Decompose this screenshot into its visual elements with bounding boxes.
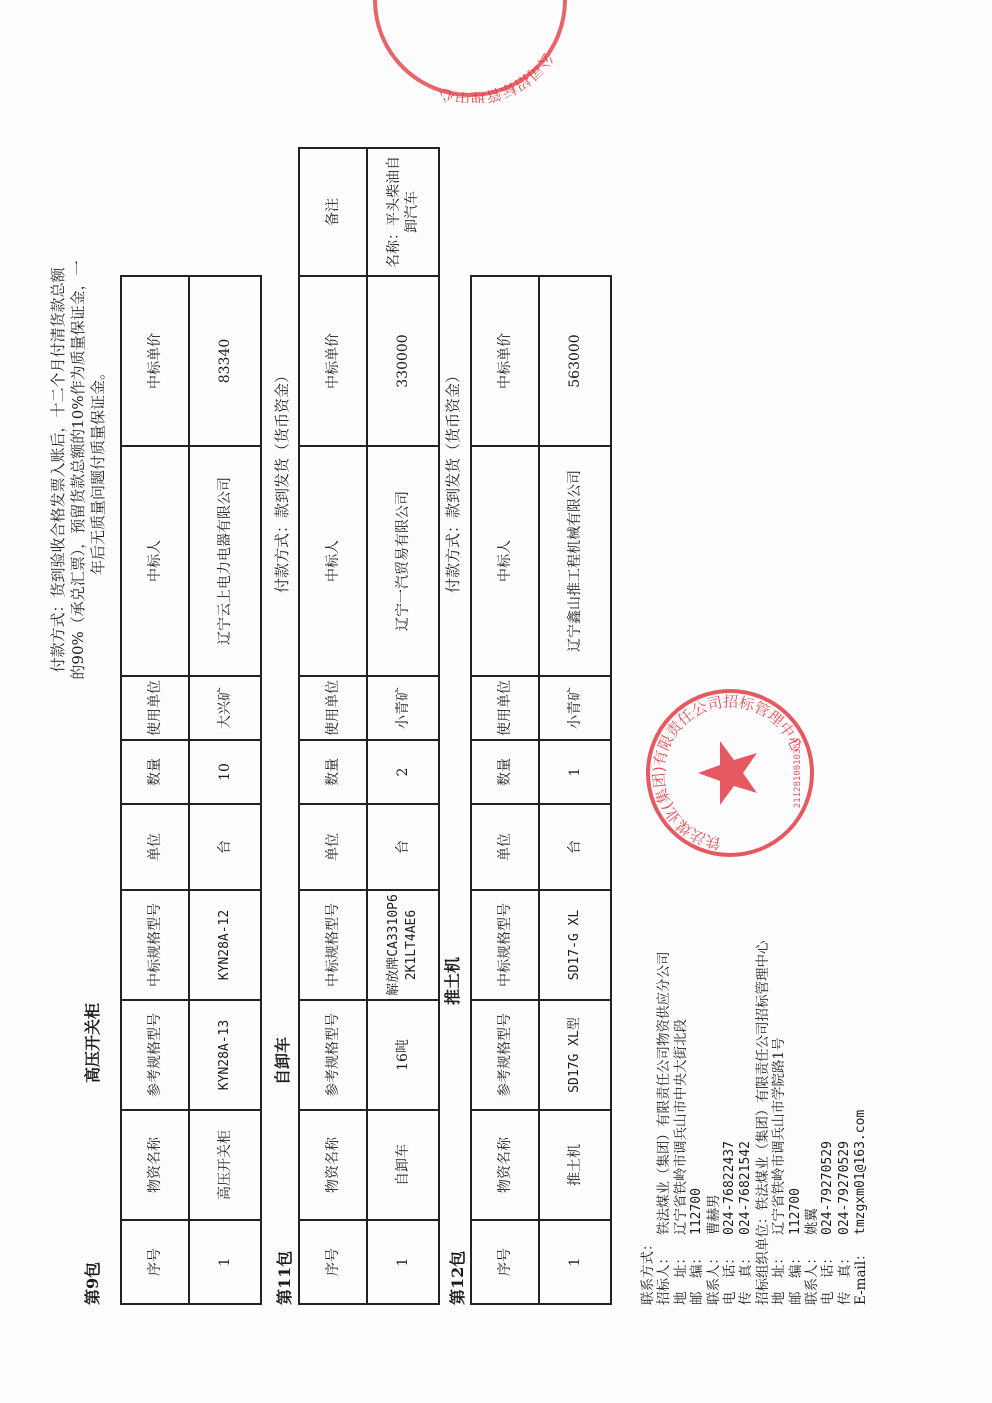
col-bid-model: 中标规格型号 (471, 890, 539, 1000)
cell-user-unit: 小青矿 (539, 676, 611, 740)
cell-qty: 2 (367, 740, 439, 804)
cell-user-unit: 小青矿 (367, 676, 439, 740)
svg-text:公司招标管理中心: 公司招标管理中心 (436, 49, 557, 103)
col-ref-model: 参考规格型号 (121, 1000, 189, 1110)
table-row: 1 高压开关柜 KYN28A-13 KYN28A-12 台 10 大兴矿 辽宁云… (189, 276, 261, 1304)
official-seal-icon: 铁法煤业(集团)有限责任公司招标管理中心 2112810010355 (640, 683, 820, 863)
package-9-payment-note: 付款方式：货到验收合格发票入账后，十二个月付清货款总额 的90%（承兑汇票），预… (48, 185, 108, 755)
email-value: tmzgxm01@163.com (853, 1110, 869, 1235)
col-seq: 序号 (121, 1220, 189, 1304)
col-unit: 单位 (299, 804, 367, 890)
col-seq: 序号 (299, 1220, 367, 1304)
col-qty: 数量 (121, 740, 189, 804)
cell-seq: 1 (367, 1220, 439, 1304)
cell-unit: 台 (539, 804, 611, 890)
cell-price: 563000 (539, 276, 611, 446)
contact-heading: 联系方式： (640, 941, 656, 1306)
cell-price: 83340 (189, 276, 261, 446)
col-user-unit: 使用单位 (121, 676, 189, 740)
package-12-table: 序号 物资名称 参考规格型号 中标规格型号 单位 数量 使用单位 中标人 中标单… (470, 275, 612, 1305)
col-ref-model: 参考规格型号 (299, 1000, 367, 1110)
col-user-unit: 使用单位 (299, 676, 367, 740)
col-seq: 序号 (471, 1220, 539, 1304)
col-price: 中标单价 (471, 276, 539, 446)
cell-unit: 台 (367, 804, 439, 890)
col-bid-model: 中标规格型号 (121, 890, 189, 1000)
payment-line-3: 年后无质量问题付质量保证金。 (88, 185, 108, 755)
seal-text: 铁法煤业(集团)有限责任公司招标管理中心 (650, 693, 807, 853)
contact-line: 联系人：曹赫男 (706, 941, 722, 1306)
cell-bid-model: 解放牌CA3310P62K1LT4AE6 (367, 890, 439, 1000)
table-row: 1 推土机 SD17G XL型 SD17-G XL 台 1 小青矿 辽宁鑫山推工… (539, 276, 611, 1304)
contact-line: 邮 编：112700 (689, 941, 705, 1306)
col-unit: 单位 (471, 804, 539, 890)
col-name: 物资名称 (121, 1110, 189, 1220)
cell-winner: 辽宁一汽贸易有限公司 (367, 446, 439, 676)
package-11-title: 自卸车 (270, 1037, 293, 1085)
cell-ref-model: 16吨 (367, 1000, 439, 1110)
contact-line: 传 真：024-79270529 (837, 941, 853, 1306)
cell-name: 推土机 (539, 1110, 611, 1220)
package-9-label: 第9包 (80, 1262, 103, 1305)
package-12-label: 第12包 (445, 1251, 468, 1305)
col-winner: 中标人 (471, 446, 539, 676)
payment-line-1: 付款方式：货到验收合格发票入账后，十二个月付清货款总额 (48, 185, 68, 755)
cell-winner: 辽宁云上电力电器有限公司 (189, 446, 261, 676)
svg-text:铁法煤业(集团)有限责任公司招标管理中心: 铁法煤业(集团)有限责任公司招标管理中心 (650, 693, 807, 853)
cell-seq: 1 (539, 1220, 611, 1304)
contact-line: 联系人：姚翼 (804, 941, 820, 1306)
partial-seal-icon: 公司招标管理中心 (370, 0, 570, 103)
col-name: 物资名称 (299, 1110, 367, 1220)
contact-line: 招标组织单位：铁法煤业（集团）有限责任公司招标管理中心 (755, 941, 771, 1306)
col-winner: 中标人 (121, 446, 189, 676)
col-price: 中标单价 (121, 276, 189, 446)
cell-name: 自卸车 (367, 1110, 439, 1220)
contact-line: 地 址：辽宁省铁岭市调兵山市学院路1号 (771, 941, 787, 1306)
package-11-table: 序号 物资名称 参考规格型号 中标规格型号 单位 数量 使用单位 中标人 中标单… (298, 147, 440, 1305)
col-qty: 数量 (471, 740, 539, 804)
partial-seal-text: 公司招标管理中心 (436, 49, 557, 103)
package-9-title: 高压开关柜 (80, 1003, 103, 1083)
contact-line: 电 话：024-79270529 (820, 941, 836, 1306)
cell-qty: 1 (539, 740, 611, 804)
col-user-unit: 使用单位 (471, 676, 539, 740)
contact-line: 传 真：024-76821542 (738, 941, 754, 1306)
package-11-payment-note: 付款方式：款到发货（货币资金） (272, 368, 292, 593)
cell-user-unit: 大兴矿 (189, 676, 261, 740)
cell-remark: 名称：平头柴油自卸汽车 (367, 148, 439, 276)
contact-block: 联系方式： 招标人：铁法煤业（集团）有限责任公司物资供应分公司 地 址：辽宁省铁… (640, 941, 870, 1306)
table-header-row: 序号 物资名称 参考规格型号 中标规格型号 单位 数量 使用单位 中标人 中标单… (471, 276, 539, 1304)
col-price: 中标单价 (299, 276, 367, 446)
cell-ref-model: KYN28A-13 (189, 1000, 261, 1110)
contact-line: E-mail：tmzgxm01@163.com (853, 941, 869, 1306)
col-ref-model: 参考规格型号 (471, 1000, 539, 1110)
col-winner: 中标人 (299, 446, 367, 676)
cell-bid-model: SD17-G XL (539, 890, 611, 1000)
package-9-table: 序号 物资名称 参考规格型号 中标规格型号 单位 数量 使用单位 中标人 中标单… (120, 275, 262, 1305)
cell-winner: 辽宁鑫山推工程机械有限公司 (539, 446, 611, 676)
contact-line: 邮 编：112700 (788, 941, 804, 1306)
contact-line: 招标人：铁法煤业（集团）有限责任公司物资供应分公司 (656, 941, 672, 1306)
table-header-row: 序号 物资名称 参考规格型号 中标规格型号 单位 数量 使用单位 中标人 中标单… (121, 276, 189, 1304)
cell-unit: 台 (189, 804, 261, 890)
package-12-payment-note: 付款方式：款到发货（货币资金） (443, 368, 463, 593)
col-unit: 单位 (121, 804, 189, 890)
seal-number: 2112810010355 (793, 738, 803, 808)
table-row: 1 自卸车 16吨 解放牌CA3310P62K1LT4AE6 台 2 小青矿 辽… (367, 148, 439, 1304)
table-header-row: 序号 物资名称 参考规格型号 中标规格型号 单位 数量 使用单位 中标人 中标单… (299, 148, 367, 1304)
package-11-label: 第11包 (272, 1251, 295, 1305)
contact-line: 地 址：辽宁省铁岭市调兵山市中央大街北段 (673, 941, 689, 1306)
col-remark: 备注 (299, 148, 367, 276)
cell-seq: 1 (189, 1220, 261, 1304)
col-name: 物资名称 (471, 1110, 539, 1220)
col-bid-model: 中标规格型号 (299, 890, 367, 1000)
cell-qty: 10 (189, 740, 261, 804)
cell-ref-model: SD17G XL型 (539, 1000, 611, 1110)
payment-line-2: 的90%（承兑汇票），预留货款总额的10%作为质量保证金，一 (68, 185, 88, 755)
cell-price: 330000 (367, 276, 439, 446)
col-qty: 数量 (299, 740, 367, 804)
package-12-title: 推土机 (440, 957, 463, 1005)
cell-name: 高压开关柜 (189, 1110, 261, 1220)
document-page: 第9包 高压开关柜 付款方式：货到验收合格发票入账后，十二个月付清货款总额 的9… (0, 0, 992, 1403)
cell-bid-model: KYN28A-12 (189, 890, 261, 1000)
contact-line: 电 话：024-76822437 (722, 941, 738, 1306)
